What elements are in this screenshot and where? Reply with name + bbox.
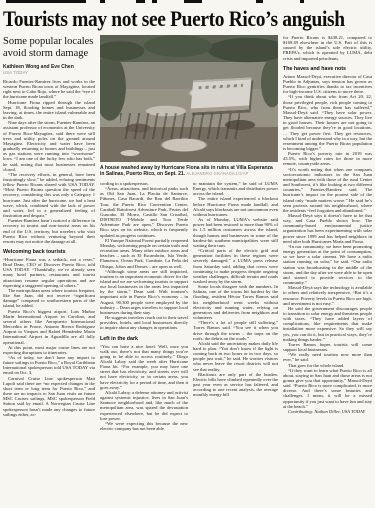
hurricane-damage-photo (100, 35, 278, 162)
contributing-line: Contributing: Nathan Diller, USA TODAY (283, 409, 372, 414)
column-3: to maintain the system,” he said of LUMA… (193, 181, 278, 431)
body-paragraph: Hurricane Fiona ripped through the islan… (3, 100, 95, 121)
body-paragraph: Alcalá Laboy, a defense attorney and act… (100, 390, 188, 421)
column-2: cording to a spokesperson.“Áreas, attrac… (100, 181, 188, 431)
body-paragraph: Puerto Rico’s poverty rate in 2019 was 4… (283, 151, 372, 166)
column-1: Some popular locales avoid storm damage … (3, 35, 95, 417)
body-paragraph: Ricardo Fuentes-Ramírez lives and works … (3, 79, 95, 100)
column-4: for Puerto Ricans is $438.21, compared t… (283, 35, 372, 414)
body-paragraph: Massol-Deyá says the technology is avail… (283, 285, 372, 306)
body-paragraph: “You can have a nice hotel. Well, once y… (100, 344, 188, 390)
standfirst: Some popular locales avoid storm damage (3, 36, 95, 59)
body-paragraph: “Critical parts of the electric grid and… (193, 248, 278, 284)
body-paragraph: “We really need tourism now more than ev… (283, 352, 372, 362)
photo-caption: A house washed away by Hurricane Fiona s… (100, 165, 278, 177)
body-paragraph: He suggests travelers reach out to their… (100, 315, 188, 330)
body-paragraph: Carnival Cruise Line spokesperson Matt L… (3, 376, 95, 417)
body-paragraph: “We were expecting this because the new … (100, 421, 188, 431)
body-paragraph: Some locals disagree with the numbers. I… (193, 284, 278, 320)
body-paragraph: “In our community, we have been promotin… (283, 244, 372, 285)
body-paragraph: As of Monday, LUMA’s website said power … (193, 217, 278, 248)
body-paragraph: “There’s a lot of people still suffering… (193, 320, 278, 341)
body-paragraph: for Puerto Ricans is $438.21, compared t… (283, 35, 372, 61)
body-paragraph: The entire island experienced a blackout… (193, 196, 278, 217)
page-fold-marks (0, 0, 375, 3)
body-paragraph: Blackouts are only part of the burden. E… (193, 372, 278, 398)
body-paragraph: The metropolitan areas where tourists fr… (3, 288, 95, 309)
body-paragraph: Massol-Deyá says it doesn’t have to be t… (283, 213, 372, 244)
photo-credit: ALEJANDRO GRANADILLO/AP (186, 171, 248, 176)
body-paragraph: Nine days after the storm, Fuentes-Ramír… (3, 120, 95, 172)
body-paragraph: Puerto Rico’s biggest airport, Luis Muño… (3, 309, 95, 345)
wrecked-house-shape (190, 78, 251, 113)
debris-shape (120, 113, 240, 139)
newspaper-page: Tourists may not see Puerto Rico’s angui… (0, 0, 375, 508)
body-paragraph: “Áreas, attractions, and historical park… (100, 186, 188, 238)
body-paragraph: “It’s worth noting that when one compare… (283, 167, 372, 213)
body-paragraph: “Hurricane Fiona was a setback, not a re… (3, 257, 95, 288)
section-header: The haves and have nots (283, 66, 372, 72)
body-paragraph: “If they want to learn what Puerto Rico … (283, 368, 372, 409)
body-paragraph: “As of today, we don’t have any impact t… (3, 355, 95, 376)
section-header: Welcoming back tourists (3, 249, 95, 255)
body-paragraph: Fuentes-Ramírez hasn’t noticed a differe… (3, 218, 95, 244)
article-body: Some popular locales avoid storm damage … (0, 35, 375, 431)
body-paragraph: to maintain the system,” he said of LUMA… (193, 181, 278, 196)
body-paragraph: “If you think about who from Act 20, 22,… (283, 94, 372, 151)
headline: Tourists may not see Puerto Rico’s angui… (3, 7, 375, 31)
column-2-3-block: A house washed away by Hurricane Fiona s… (100, 35, 278, 431)
body-paragraph: “Although some areas are still impacted,… (100, 269, 188, 315)
body-paragraph: El Yunque National Forest partially reop… (100, 238, 188, 269)
body-paragraph: Torres Ramos hopes tourists will come su… (283, 342, 372, 352)
body-paragraph: “The recovery efforts, in general, have … (3, 172, 95, 218)
section-header: Left in the dark (100, 336, 188, 342)
body-paragraph: Arturo Massol-Deyá, executive director o… (283, 74, 372, 95)
body-paragraph: At this point, most major cruise lines a… (3, 345, 95, 355)
body-paragraph: Alcalá said the uncertainty makes daily … (193, 341, 278, 372)
body-paragraph: He said the government discourages peopl… (283, 306, 372, 342)
byline-org: USA TODAY (3, 70, 95, 75)
